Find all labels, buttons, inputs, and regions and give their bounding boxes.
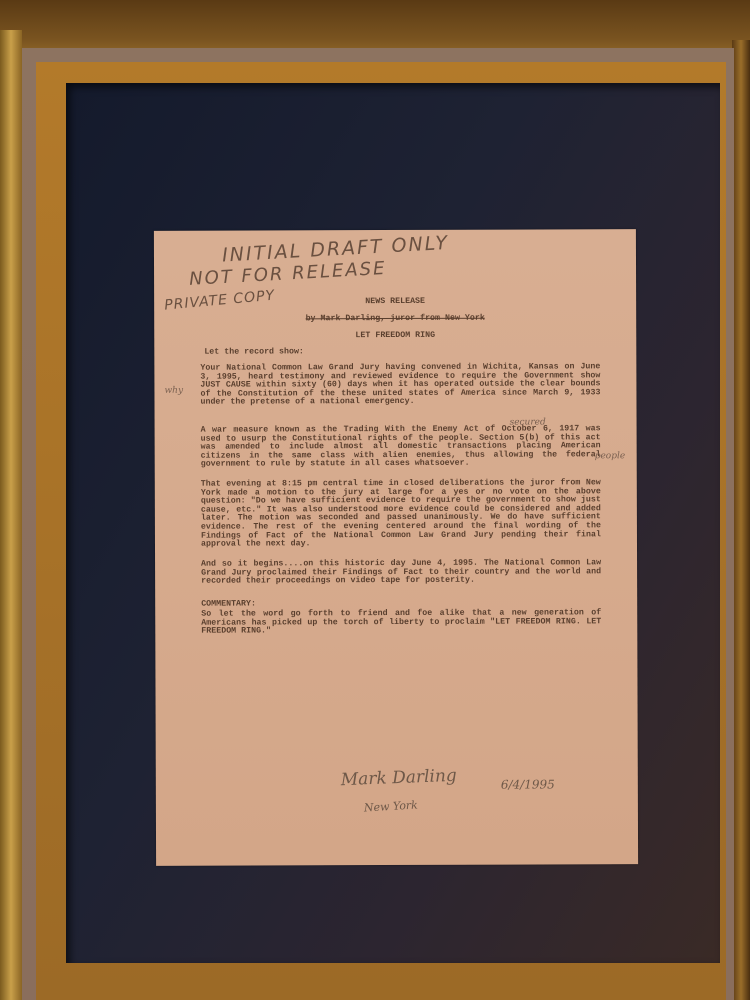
- document-byline-struck: by Mark Darling, juror from New York: [154, 314, 636, 324]
- document-heading: NEWS RELEASE: [154, 297, 636, 307]
- margin-note-why: why: [164, 386, 183, 396]
- document-paragraph-2: A war measure known as the Trading With …: [201, 425, 601, 469]
- document-paragraph-3: That evening at 8:15 pm central time in …: [201, 479, 601, 549]
- handwritten-note-not-for-release: NOT FOR RELEASE: [189, 258, 387, 290]
- margin-note-secured: secured: [510, 417, 546, 427]
- framed-document: INITIAL DRAFT ONLY NOT FOR RELEASE PRIVA…: [154, 229, 638, 866]
- document-opening: Let the record show:: [204, 348, 304, 357]
- signature-date: 6/4/1995: [501, 777, 555, 791]
- signature-location: New York: [364, 799, 419, 815]
- commentary-text: So let the word go forth to friend and f…: [201, 609, 601, 636]
- margin-note-people: people: [595, 451, 626, 461]
- document-title: LET FREEDOM RING: [154, 331, 636, 341]
- document-paragraph-4: And so it begins....on this historic day…: [201, 559, 601, 586]
- frame-gold-right-edge: [732, 40, 750, 1000]
- signature-name: Mark Darling: [340, 766, 457, 790]
- commentary-label: COMMENTARY:: [201, 600, 256, 609]
- document-paragraph-1: Your National Common Law Grand Jury havi…: [200, 363, 600, 407]
- frame-gold-left-edge: [0, 30, 22, 1000]
